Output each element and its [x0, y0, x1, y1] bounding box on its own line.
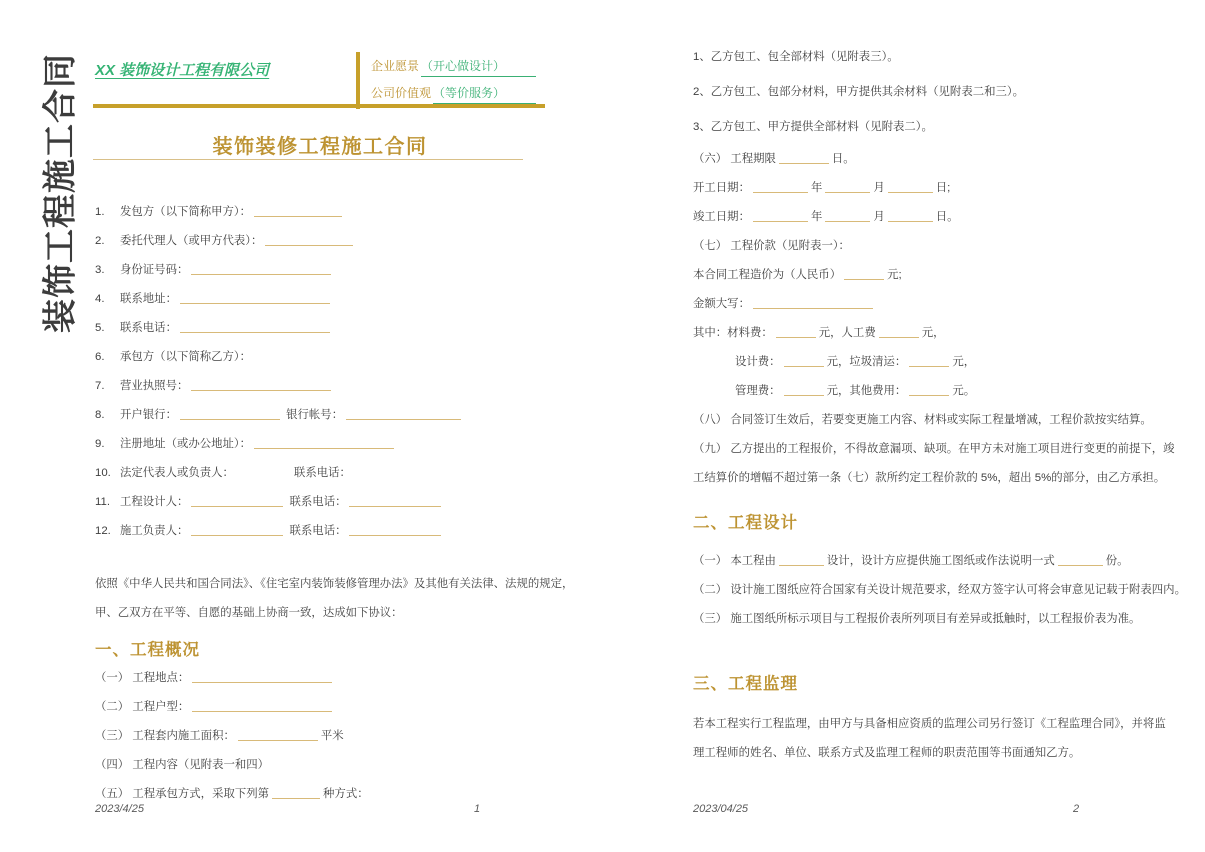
blank-field — [254, 436, 394, 449]
doc-line: （二） 设计施工图纸应符合国家有关设计规范要求，经双方签字认可将会审意见记载于附… — [693, 576, 1193, 605]
blank-field — [753, 296, 873, 309]
blank-field — [238, 728, 318, 741]
text-run: 一、工程概况 — [95, 641, 200, 659]
footer-page-number-page2: 2 — [1073, 803, 1079, 815]
text-run: 发包方（以下简称甲方）： — [120, 206, 251, 218]
text-run: （二） 设计施工图纸应符合国家有关设计规范要求，经双方签字认可将会审意见记载于附… — [693, 584, 1186, 596]
blank-field — [191, 378, 331, 391]
doc-line: 管理费：元，其他费用：元。 — [693, 377, 1193, 406]
blank-field — [888, 180, 933, 193]
text-run: （九） 乙方提出的工程报价，不得故意漏项、缺项。在甲方未对施工项目进行变更的前提… — [693, 443, 1175, 455]
blank-field — [779, 553, 824, 566]
doc-line: 依照《中华人民共和国合同法》、《住宅室内装饰装修管理办法》及其他有关法律、法规的… — [95, 570, 555, 599]
company-name: XX 装饰设计工程有限公司 — [95, 59, 269, 80]
text-run: 理工程师的姓名、单位、联系方式及监理工程师的职责范围等书面通知乙方。 — [693, 747, 1080, 759]
doc-line: （五） 工程承包方式，采取下列第种方式： — [95, 780, 555, 809]
text-run: 金额大写： — [693, 298, 750, 310]
text-run: 元， — [952, 356, 975, 368]
text-run: 管理费： — [735, 385, 781, 397]
line-number: 3. — [95, 256, 120, 285]
text-run: 注册地址（或办公地址）： — [120, 438, 251, 450]
text-run: 二、工程设计 — [693, 514, 798, 532]
doc-line: 8.开户银行： 银行帐号： — [95, 401, 555, 430]
line-number: 6. — [95, 343, 120, 372]
line-number: 8. — [95, 401, 120, 430]
doc-line: 3、乙方包工、甲方提供全部材料（见附表二）。 — [693, 110, 1193, 145]
doc-line: 10.法定代表人或负责人：联系电话： — [95, 459, 555, 488]
text-run: 元，垃圾清运： — [827, 356, 907, 368]
page2-content: 1、乙方包工、包全部材料（见附表三）。2、乙方包工、包部分材料，甲方提供其余材料… — [693, 40, 1193, 768]
text-run: 年 — [811, 182, 822, 194]
text-run: 甲、乙双方在平等、自愿的基础上协商一致，达成如下协议： — [95, 607, 403, 619]
section-heading: 三、工程监理 — [693, 670, 1193, 698]
section-heading: 二、工程设计 — [693, 509, 1193, 537]
doc-line: 1、乙方包工、包全部材料（见附表三）。 — [693, 40, 1193, 75]
doc-line: 金额大写： — [693, 290, 1193, 319]
doc-line: 5.联系电话： — [95, 314, 555, 343]
blank-field — [825, 209, 870, 222]
footer-page-number-page1: 1 — [474, 803, 480, 815]
line-number: 12. — [95, 517, 120, 546]
blank-field — [272, 786, 320, 799]
blank-field — [346, 407, 461, 420]
blank-field — [844, 267, 884, 280]
blank-field — [180, 320, 330, 333]
blank-field — [192, 670, 332, 683]
text-run: 元。 — [952, 385, 975, 397]
text-run: 年 — [811, 211, 822, 223]
text-run: 月 — [873, 182, 884, 194]
doc-line: 工结算价的增幅不超过第一条（七）款所约定工程价款的 5%，超出 5%的部分，由乙… — [693, 464, 1193, 493]
doc-line: 11.工程设计人： 联系电话： — [95, 488, 555, 517]
text-run: 承包方（以下简称乙方）： — [120, 351, 251, 363]
line-number: 11. — [95, 488, 120, 517]
doc-line: （一） 本工程由设计，设计方应提供施工图纸或作法说明一式份。 — [693, 547, 1193, 576]
blank-field — [776, 325, 816, 338]
blank-field — [349, 494, 441, 507]
blank-field — [784, 383, 824, 396]
text-run: 日。 — [832, 153, 855, 165]
doc-line: （一） 工程地点： — [95, 664, 555, 693]
blank-field — [888, 209, 933, 222]
values-value: （等价服务） — [433, 84, 536, 104]
blank-field — [784, 354, 824, 367]
blank-field — [1058, 553, 1103, 566]
blank-field — [180, 407, 280, 420]
doc-line: 9.注册地址（或办公地址）： — [95, 430, 555, 459]
values-label: 公司价值观 — [371, 86, 431, 100]
text-run: 份。 — [1106, 555, 1129, 567]
values-line: 公司价值观（等价服务） — [371, 80, 536, 107]
blank-field — [753, 180, 808, 193]
text-run: 其中：材料费： — [693, 327, 773, 339]
doc-line: 设计费：元，垃圾清运：元， — [693, 348, 1193, 377]
text-run: 联系电话： — [286, 525, 346, 537]
line-number: 9. — [95, 430, 120, 459]
text-run: 工结算价的增幅不超过第一条（七）款所约定工程价款的 5%，超出 5%的部分，由乙… — [693, 472, 1165, 484]
doc-line: 1.发包方（以下简称甲方）： — [95, 198, 555, 227]
text-run: 设计费： — [735, 356, 781, 368]
blank-field — [349, 523, 441, 536]
text-run: 平米 — [321, 730, 344, 742]
doc-line: 2.委托代理人（或甲方代表）： — [95, 227, 555, 256]
text-run: 元; — [887, 269, 902, 281]
text-run: 委托代理人（或甲方代表）： — [120, 235, 262, 247]
title-underline — [93, 159, 523, 160]
vertical-doc-title: 装饰工程施工合同 — [33, 53, 82, 333]
doc-line: （三） 工程套内施工面积：平米 — [95, 722, 555, 751]
text-run: 若本工程实行工程监理，由甲方与具备相应资质的监理公司另行签订《工程监理合同》，并… — [693, 718, 1166, 730]
document-canvas: 装饰工程施工合同 XX 装饰设计工程有限公司 企业愿景（开心做设计） 公司价值观… — [0, 0, 1205, 852]
footer-date-page1: 2023/4/25 — [95, 803, 144, 815]
line-number: 7. — [95, 372, 120, 401]
text-run: （三） 工程套内施工面积： — [95, 730, 235, 742]
blank-field — [254, 204, 342, 217]
doc-line: 12.施工负责人： 联系电话： — [95, 517, 555, 546]
text-run: 元， — [922, 327, 945, 339]
text-run: （六） 工程期限 — [693, 153, 776, 165]
line-number: 10. — [95, 459, 120, 488]
text-run: （四） 工程内容（见附表一和四） — [95, 759, 269, 771]
blank-field — [191, 523, 283, 536]
doc-title: 装饰装修工程施工合同 — [95, 130, 545, 159]
doc-line: 若本工程实行工程监理，由甲方与具备相应资质的监理公司另行签订《工程监理合同》，并… — [693, 710, 1193, 739]
blank-field — [191, 262, 331, 275]
company-info-box: 企业愿景（开心做设计） 公司价值观（等价服务） — [356, 52, 536, 109]
blank-field — [909, 383, 949, 396]
blank-field — [909, 354, 949, 367]
vision-label: 企业愿景 — [371, 59, 419, 73]
line-number: 4. — [95, 285, 120, 314]
doc-line: 6.承包方（以下简称乙方）： — [95, 343, 555, 372]
text-run: 营业执照号： — [120, 380, 188, 392]
blank-field — [192, 699, 332, 712]
section-heading: 一、工程概况 — [95, 636, 555, 664]
text-run: （二） 工程户型： — [95, 701, 189, 713]
doc-line: （六） 工程期限日。 — [693, 145, 1193, 174]
doc-line: （七） 工程价款（见附表一）： — [693, 232, 1193, 261]
text-run: 银行帐号： — [283, 409, 343, 421]
doc-line: 竣工日期：年月日。 — [693, 203, 1193, 232]
text-run: （七） 工程价款（见附表一）： — [693, 240, 850, 252]
doc-line: 本合同工程造价为（人民币）元; — [693, 261, 1193, 290]
doc-line: 7.营业执照号： — [95, 372, 555, 401]
doc-line: 开工日期：年月日; — [693, 174, 1193, 203]
doc-line: 2、乙方包工、包部分材料，甲方提供其余材料（见附表二和三）。 — [693, 75, 1193, 110]
text-run: 3、乙方包工、甲方提供全部材料（见附表二）。 — [693, 121, 933, 133]
doc-line: 甲、乙双方在平等、自愿的基础上协商一致，达成如下协议： — [95, 599, 555, 628]
doc-line: （八） 合同签订生效后，若要变更施工内容、材料或实际工程量增减，工程价款按实结算… — [693, 406, 1193, 435]
text-run: （五） 工程承包方式，采取下列第 — [95, 788, 269, 800]
text-run: 元，人工费 — [819, 327, 876, 339]
doc-line: 其中：材料费：元，人工费元， — [693, 319, 1193, 348]
text-run: 1、乙方包工、包全部材料（见附表三）。 — [693, 51, 899, 63]
text-run: 开工日期： — [693, 182, 750, 194]
line-number: 5. — [95, 314, 120, 343]
blank-field — [825, 180, 870, 193]
text-run: 工程设计人： — [120, 496, 188, 508]
doc-line: （二） 工程户型： — [95, 693, 555, 722]
text-run: 施工负责人： — [120, 525, 188, 537]
text-run: 日; — [936, 182, 951, 194]
text-run: 联系地址： — [120, 293, 177, 305]
text-run: 联系电话： — [120, 322, 177, 334]
text-run: 开户银行： — [120, 409, 177, 421]
text-run: 2、乙方包工、包部分材料，甲方提供其余材料（见附表二和三）。 — [693, 86, 1024, 98]
vision-value: （开心做设计） — [421, 57, 536, 77]
text-run: （一） 本工程由 — [693, 555, 776, 567]
text-run: 联系电话： — [294, 467, 351, 479]
text-run: 种方式： — [323, 788, 369, 800]
doc-line: 4.联系地址： — [95, 285, 555, 314]
text-run: 日。 — [936, 211, 959, 223]
text-run: 竣工日期： — [693, 211, 750, 223]
blank-field — [879, 325, 919, 338]
blank-field — [265, 233, 353, 246]
text-run: 依照《中华人民共和国合同法》、《住宅室内装饰装修管理办法》及其他有关法律、法规的… — [95, 578, 573, 590]
text-run: 设计，设计方应提供施工图纸或作法说明一式 — [827, 555, 1055, 567]
text-run: 联系电话： — [286, 496, 346, 508]
line-number: 2. — [95, 227, 120, 256]
page1-content: 1.发包方（以下简称甲方）：2.委托代理人（或甲方代表）：3.身份证号码：4.联… — [95, 198, 555, 809]
text-run: 本合同工程造价为（人民币） — [693, 269, 841, 281]
footer-date-page2: 2023/04/25 — [693, 803, 748, 815]
doc-line: （三） 施工图纸所标示项目与工程报价表所列项目有差异或抵触时，以工程报价表为准。 — [693, 605, 1193, 634]
doc-line: 3.身份证号码： — [95, 256, 555, 285]
blank-field — [180, 291, 330, 304]
blank-field — [753, 209, 808, 222]
header-rule — [93, 104, 545, 108]
vision-line: 企业愿景（开心做设计） — [371, 53, 536, 80]
blank-field — [191, 494, 283, 507]
text-run: 三、工程监理 — [693, 675, 798, 693]
doc-line: （九） 乙方提出的工程报价，不得故意漏项、缺项。在甲方未对施工项目进行变更的前提… — [693, 435, 1193, 464]
text-run: 法定代表人或负责人： — [120, 467, 234, 479]
doc-line: 理工程师的姓名、单位、联系方式及监理工程师的职责范围等书面通知乙方。 — [693, 739, 1193, 768]
text-run: （一） 工程地点： — [95, 672, 189, 684]
blank-field — [779, 151, 829, 164]
text-run: （三） 施工图纸所标示项目与工程报价表所列项目有差异或抵触时，以工程报价表为准。 — [693, 613, 1140, 625]
line-number: 1. — [95, 198, 120, 227]
text-run: 元，其他费用： — [827, 385, 907, 397]
doc-line: （四） 工程内容（见附表一和四） — [95, 751, 555, 780]
text-run: 月 — [873, 211, 884, 223]
text-run: （八） 合同签订生效后，若要变更施工内容、材料或实际工程量增减，工程价款按实结算… — [693, 414, 1152, 426]
text-run: 身份证号码： — [120, 264, 188, 276]
